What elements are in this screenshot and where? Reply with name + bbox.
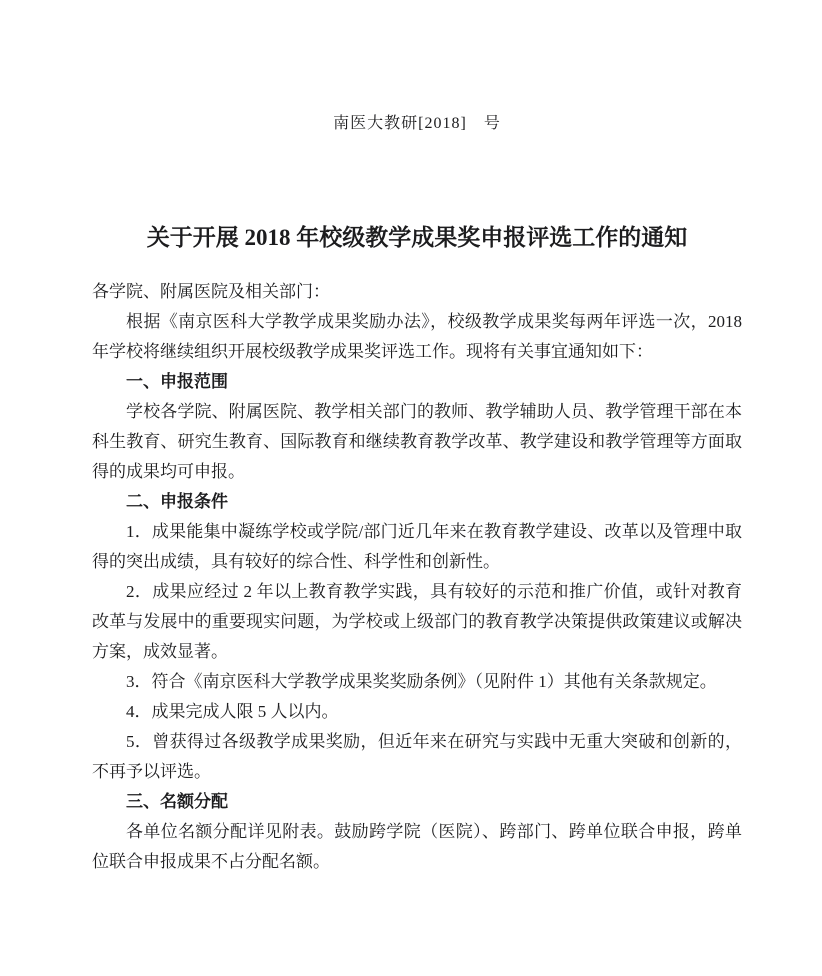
section-2-paragraph-3: 3．符合《南京医科大学教学成果奖奖励条例》（见附件 1）其他有关条款规定。 (92, 667, 742, 697)
doc-number: 南医大教研[2018] 号 (92, 112, 742, 135)
intro-paragraph: 根据《南京医科大学教学成果奖励办法》，校级教学成果奖每两年评选一次，2018 年… (92, 307, 742, 367)
section-3-heading: 三、名额分配 (92, 787, 742, 817)
section-2-heading: 二、申报条件 (92, 487, 742, 517)
section-2-paragraph-2: 2．成果应经过 2 年以上教育教学实践，具有较好的示范和推广价值，或针对教育改革… (92, 577, 742, 667)
section-2-paragraph-4: 4．成果完成人限 5 人以内。 (92, 697, 742, 727)
section-1-paragraph: 学校各学院、附属医院、教学相关部门的教师、教学辅助人员、教学管理干部在本科生教育… (92, 397, 742, 487)
document-page: 南医大教研[2018] 号 关于开展 2018 年校级教学成果奖申报评选工作的通… (0, 0, 822, 976)
salutation: 各学院、附属医院及相关部门： (92, 277, 742, 307)
section-2-paragraph-1: 1．成果能集中凝练学校或学院/部门近几年来在教育教学建设、改革以及管理中取得的突… (92, 517, 742, 577)
section-3-paragraph: 各单位名额分配详见附表。鼓励跨学院（医院）、跨部门、跨单位联合申报，跨单位联合申… (92, 817, 742, 877)
document-content: 南医大教研[2018] 号 关于开展 2018 年校级教学成果奖申报评选工作的通… (92, 0, 742, 877)
doc-title: 关于开展 2018 年校级教学成果奖申报评选工作的通知 (92, 221, 742, 255)
section-1-heading: 一、申报范围 (92, 367, 742, 397)
document-body: 各学院、附属医院及相关部门： 根据《南京医科大学教学成果奖励办法》，校级教学成果… (92, 277, 742, 877)
section-2-paragraph-5: 5．曾获得过各级教学成果奖励，但近年来在研究与实践中无重大突破和创新的，不再予以… (92, 727, 742, 787)
